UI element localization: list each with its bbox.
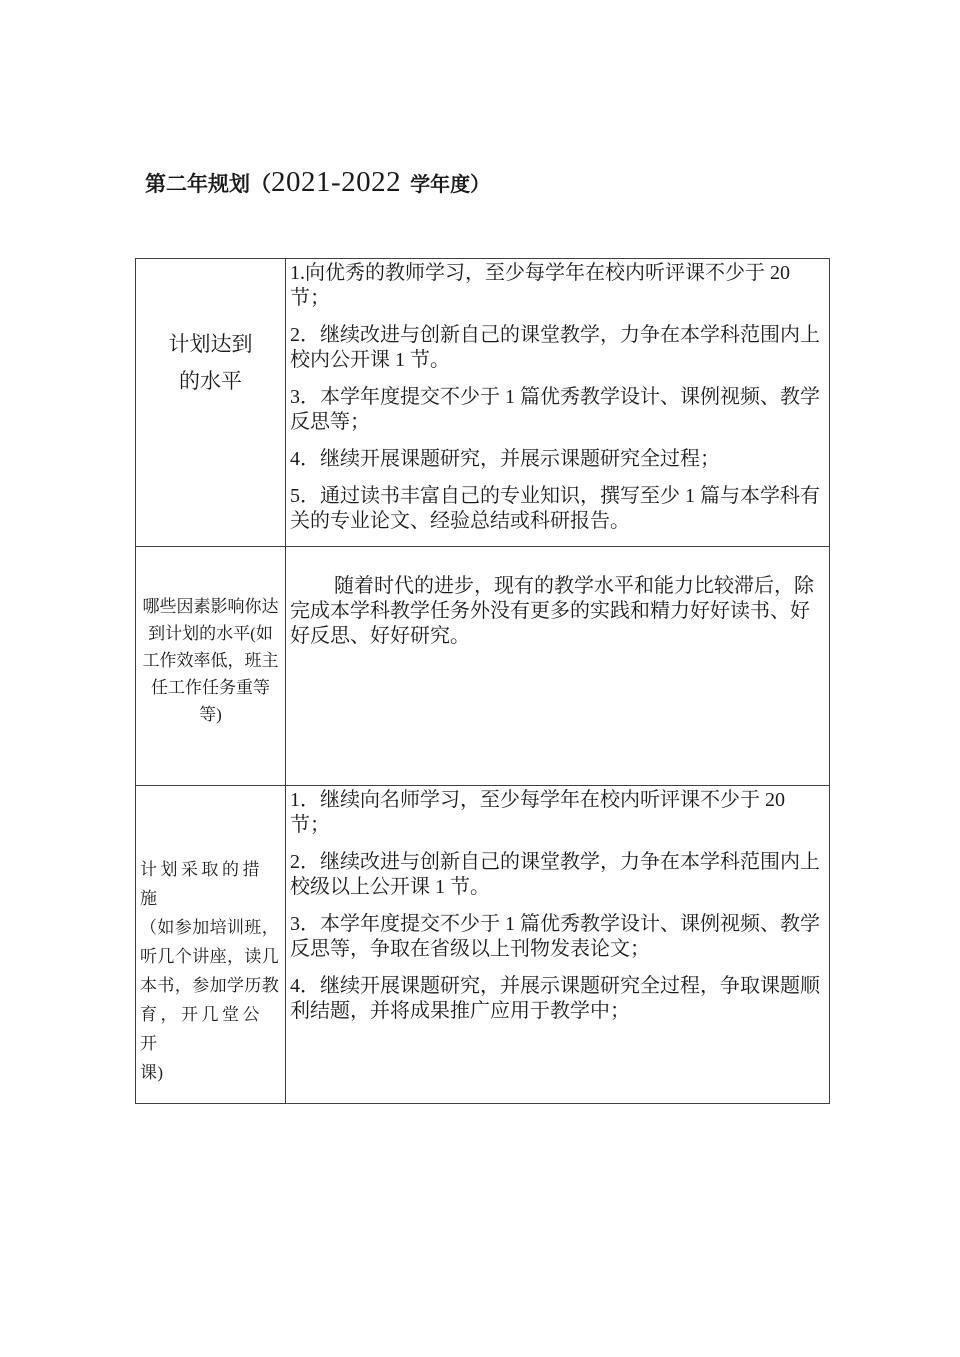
row-body-planned-measures: 1．继续向名师学习，至少每学年在校内听评课不少于 20 节； 2．继续改进与创新…: [286, 786, 830, 1104]
header-line: 本书，参加学历教: [140, 971, 280, 1000]
row-header-influencing-factors: 哪些因素影响你达 到计划的水平(如 工作效率低，班主 任工作任务重等 等): [136, 547, 286, 786]
header-line: 听几个讲座，读几: [140, 942, 280, 971]
header-line: 任工作任务重等: [140, 674, 281, 701]
header-line: 等): [140, 701, 281, 728]
plan-item: 5．通过读书丰富自己的专业知识，撰写至少 1 篇与本学科有关的专业论文、经验总结…: [290, 484, 823, 534]
row-body-goal-level: 1.向优秀的教师学习，至少每学年在校内听评课不少于 20 节； 2．继续改进与创…: [286, 259, 830, 547]
header-line: 到计划的水平(如: [140, 620, 281, 647]
row-header-goal-level: 计划达到 的水平: [136, 259, 286, 547]
table-row-influencing-factors: 哪些因素影响你达 到计划的水平(如 工作效率低，班主 任工作任务重等 等) 随着…: [136, 547, 830, 786]
header-line: 课): [140, 1058, 280, 1087]
plan-item: 3．本学年度提交不少于 1 篇优秀教学设计、课例视频、教学反思等；: [290, 385, 823, 435]
plan-item: 4．继续开展课题研究，并展示课题研究全过程；: [290, 447, 823, 472]
plan-item: 3．本学年度提交不少于 1 篇优秀教学设计、课例视频、教学反思等，争取在省级以上…: [290, 912, 823, 962]
page-title: 第二年规划（2021-2022学年度）: [145, 167, 490, 200]
plan-item: 1.向优秀的教师学习，至少每学年在校内听评课不少于 20 节；: [290, 261, 823, 311]
planning-table: 计划达到 的水平 1.向优秀的教师学习，至少每学年在校内听评课不少于 20 节；…: [135, 258, 830, 1104]
table-row-planned-measures: 计划采取的措施 （如参加培训班， 听几个讲座，读几 本书，参加学历教 育，开几堂…: [136, 786, 830, 1104]
header-line: 的水平: [140, 363, 281, 400]
title-year-range: 2021-2022: [271, 166, 401, 198]
header-line: 育，开几堂公开: [140, 1000, 280, 1058]
plan-item: 2．继续改进与创新自己的课堂教学，力争在本学科范围内上校级以上公开课 1 节。: [290, 850, 823, 900]
plan-item: 1．继续向名师学习，至少每学年在校内听评课不少于 20 节；: [290, 788, 823, 838]
row-header-planned-measures: 计划采取的措施 （如参加培训班， 听几个讲座，读几 本书，参加学历教 育，开几堂…: [136, 786, 286, 1104]
document-page: 第二年规划（2021-2022学年度） 计划达到 的水平 1.向优秀的教师学习，…: [0, 0, 960, 1357]
table-row-goal-level: 计划达到 的水平 1.向优秀的教师学习，至少每学年在校内听评课不少于 20 节；…: [136, 259, 830, 547]
row-body-influencing-factors: 随着时代的进步，现有的教学水平和能力比较滞后，除完成本学科教学任务外没有更多的实…: [286, 547, 830, 786]
title-prefix: 第二年规划（: [145, 172, 271, 196]
header-line: （如参加培训班，: [140, 913, 280, 942]
influence-paragraph: 随着时代的进步，现有的教学水平和能力比较滞后，除完成本学科教学任务外没有更多的实…: [290, 574, 823, 649]
title-suffix: 学年度）: [410, 174, 490, 196]
header-line: 计划采取的措施: [140, 855, 280, 913]
plan-item: 4．继续开展课题研究，并展示课题研究全过程，争取课题顺利结题，并将成果推广应用于…: [290, 974, 823, 1024]
header-line: 哪些因素影响你达: [140, 593, 281, 620]
plan-item: 2．继续改进与创新自己的课堂教学，力争在本学科范围内上校内公开课 1 节。: [290, 323, 823, 373]
header-line: 计划达到: [140, 326, 281, 363]
header-line: 工作效率低，班主: [140, 647, 281, 674]
